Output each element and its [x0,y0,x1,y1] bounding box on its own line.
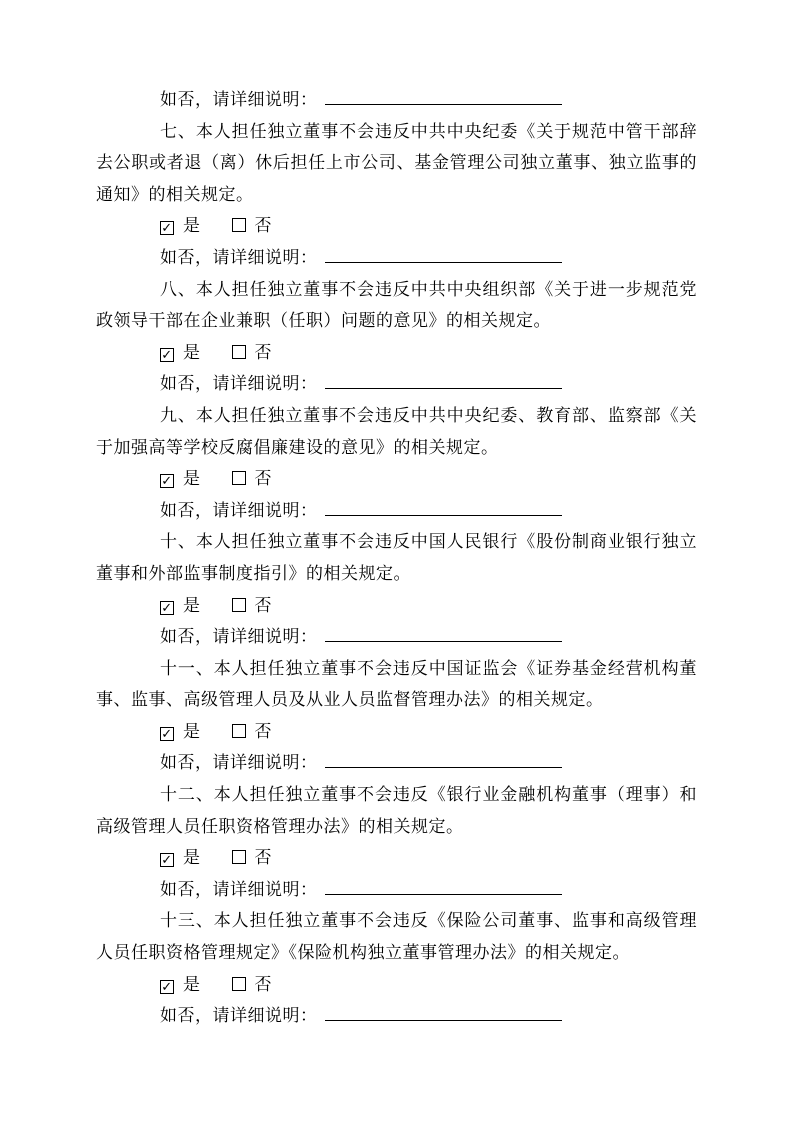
yes-label: 是 [183,975,201,994]
yes-no-row: ✓是否 [96,337,697,369]
leading-detail-row: 如否，请详细说明： [96,84,697,116]
detail-row: 如否，请详细说明： [96,1000,697,1032]
detail-blank[interactable] [325,1002,562,1022]
detail-row: 如否，请详细说明： [96,495,697,527]
declaration-item-13: 十三、本人担任独立董事不会违反《保险公司董事、监事和高级管理人员任职资格管理规定… [96,905,697,1031]
yes-label: 是 [183,848,201,867]
detail-blank[interactable] [325,749,562,769]
detail-prompt: 如否，请详细说明： [160,501,318,520]
item-text: 十三、本人担任独立董事不会违反《保险公司董事、监事和高级管理人员任职资格管理规定… [96,905,697,968]
no-checkbox[interactable] [232,850,246,864]
yes-checkbox[interactable]: ✓ [160,221,174,235]
detail-row: 如否，请详细说明： [96,368,697,400]
no-checkbox[interactable] [232,218,246,232]
declaration-item-12: 十二、本人担任独立董事不会违反《银行业金融机构董事（理事）和高级管理人员任职资格… [96,779,697,905]
yes-no-row: ✓是否 [96,590,697,622]
declaration-item-10: 十、本人担任独立董事不会违反中国人民银行《股份制商业银行独立董事和外部监事制度指… [96,526,697,652]
no-checkbox[interactable] [232,471,246,485]
no-label: 否 [255,216,273,235]
yes-checkbox[interactable]: ✓ [160,980,174,994]
detail-row: 如否，请详细说明： [96,874,697,906]
detail-prompt: 如否，请详细说明： [160,90,318,109]
yes-checkbox[interactable]: ✓ [160,348,174,362]
item-text: 九、本人担任独立董事不会违反中共中央纪委、教育部、监察部《关于加强高等学校反腐倡… [96,400,697,463]
declaration-item-7: 七、本人担任独立董事不会违反中共中央纪委《关于规范中管干部辞去公职或者退（离）休… [96,116,697,274]
detail-blank[interactable] [325,243,562,263]
detail-prompt: 如否，请详细说明： [160,374,318,393]
item-text: 十一、本人担任独立董事不会违反中国证监会《证券基金经营机构董事、监事、高级管理人… [96,653,697,716]
no-label: 否 [255,848,273,867]
item-text: 八、本人担任独立董事不会违反中共中央组织部《关于进一步规范党政领导干部在企业兼职… [96,274,697,337]
detail-prompt: 如否，请详细说明： [160,627,318,646]
detail-prompt: 如否，请详细说明： [160,880,318,899]
detail-row: 如否，请详细说明： [96,747,697,779]
declaration-item-8: 八、本人担任独立董事不会违反中共中央组织部《关于进一步规范党政领导干部在企业兼职… [96,274,697,400]
no-checkbox[interactable] [232,724,246,738]
yes-no-row: ✓是否 [96,842,697,874]
no-label: 否 [255,975,273,994]
yes-checkbox[interactable]: ✓ [160,474,174,488]
document-page: 如否，请详细说明： 七、本人担任独立董事不会违反中共中央纪委《关于规范中管干部辞… [0,0,793,1122]
detail-blank[interactable] [325,622,562,642]
item-text: 七、本人担任独立董事不会违反中共中央纪委《关于规范中管干部辞去公职或者退（离）休… [96,116,697,211]
detail-blank[interactable] [325,370,562,390]
detail-row: 如否，请详细说明： [96,242,697,274]
declaration-item-11: 十一、本人担任独立董事不会违反中国证监会《证券基金经营机构董事、监事、高级管理人… [96,653,697,779]
yes-label: 是 [183,722,201,741]
no-label: 否 [255,343,273,362]
item-text: 十二、本人担任独立董事不会违反《银行业金融机构董事（理事）和高级管理人员任职资格… [96,779,697,842]
declaration-item-9: 九、本人担任独立董事不会违反中共中央纪委、教育部、监察部《关于加强高等学校反腐倡… [96,400,697,526]
yes-label: 是 [183,469,201,488]
detail-prompt: 如否，请详细说明： [160,753,318,772]
yes-checkbox[interactable]: ✓ [160,727,174,741]
no-checkbox[interactable] [232,598,246,612]
yes-no-row: ✓是否 [96,716,697,748]
detail-prompt: 如否，请详细说明： [160,1006,318,1025]
item-text: 十、本人担任独立董事不会违反中国人民银行《股份制商业银行独立董事和外部监事制度指… [96,526,697,589]
yes-no-row: ✓是否 [96,210,697,242]
no-label: 否 [255,722,273,741]
yes-label: 是 [183,216,201,235]
no-checkbox[interactable] [232,977,246,991]
no-label: 否 [255,596,273,615]
detail-row: 如否，请详细说明： [96,621,697,653]
yes-checkbox[interactable]: ✓ [160,601,174,615]
no-label: 否 [255,469,273,488]
detail-blank[interactable] [325,875,562,895]
yes-checkbox[interactable]: ✓ [160,853,174,867]
detail-blank[interactable] [325,85,562,105]
no-checkbox[interactable] [232,345,246,359]
yes-no-row: ✓是否 [96,969,697,1001]
detail-blank[interactable] [325,496,562,516]
yes-label: 是 [183,596,201,615]
detail-prompt: 如否，请详细说明： [160,248,318,267]
yes-no-row: ✓是否 [96,463,697,495]
yes-label: 是 [183,343,201,362]
